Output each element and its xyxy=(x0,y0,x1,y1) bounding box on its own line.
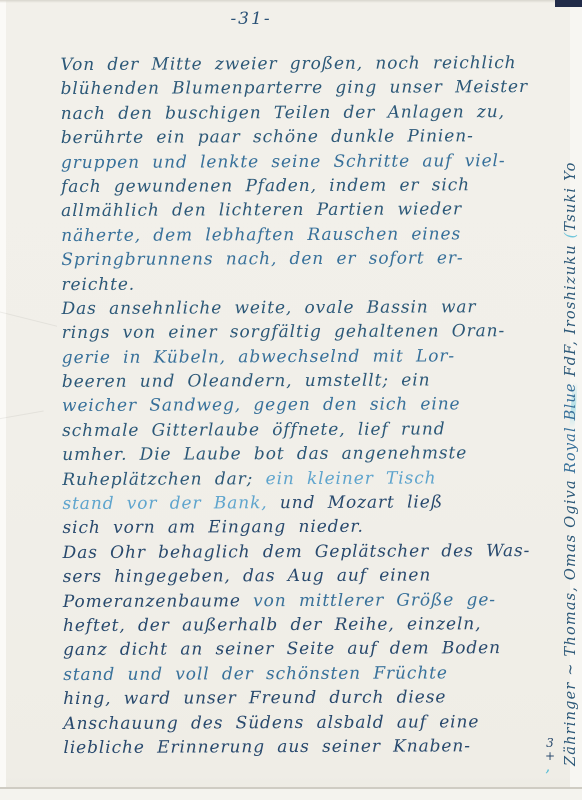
handwriting-segment: näherte, dem lebhaften Rauschen eines xyxy=(61,224,461,246)
footnote-mark-bottom: + xyxy=(545,750,555,763)
handwriting-segment: Das Ohr behaglich dem Geplätscher des Wa… xyxy=(63,541,531,563)
handwritten-line: Ruheplätzchen dar; ein kleiner Tisch xyxy=(62,466,540,492)
handwriting-segment: Springbrunnens nach, den er sofort er- xyxy=(61,248,463,270)
handwriting-segment: fach gewundenen Pfaden, indem er sich xyxy=(61,175,470,197)
handwritten-line: gruppen und lenkte seine Schritte auf vi… xyxy=(61,149,539,175)
handwritten-line: Das ansehnliche weite, ovale Bassin war xyxy=(62,295,540,321)
handwriting-segment: heftet, der außerhalb der Reihe, einzeln… xyxy=(63,614,482,636)
handwriting-segment: Das ansehnliche weite, ovale Bassin war xyxy=(62,297,477,319)
page-number: -31- xyxy=(206,9,296,29)
handwriting-segment: und Mozart ließ xyxy=(280,492,443,513)
handwriting-segment: sers hingegeben, das Aug auf einen xyxy=(63,566,432,588)
scan-corner-artifact xyxy=(555,0,582,7)
handwriting-segment: weicher Sandweg, gegen den sich eine xyxy=(62,395,461,417)
handwritten-line: Springbrunnens nach, den er sofort er- xyxy=(61,246,539,272)
handwritten-line: rings von einer sorgfältig gehaltenen Or… xyxy=(62,319,540,345)
handwriting-segment: von mittlerer Größe ge- xyxy=(253,590,496,611)
handwritten-line: Von der Mitte zweier großen, noch reichl… xyxy=(60,51,538,77)
margin-ink-note: Zähringer ~ Thomas, Omas Ogiva Royal Blu… xyxy=(563,66,579,766)
handwriting-segment: gerie in Kübeln, abwechselnd mit Lor- xyxy=(62,346,455,368)
handwriting-segment: stand und voll der schönsten Früchte xyxy=(63,663,448,685)
handwritten-line: heftet, der außerhalb der Reihe, einzeln… xyxy=(63,612,541,638)
paper-crease xyxy=(0,410,44,420)
handwritten-line: schmale Gitterlaube öffnete, lief rund xyxy=(62,417,540,443)
handwriting-segment: FdF, Iroshizuku xyxy=(563,238,579,382)
handwritten-line: fach gewundenen Pfaden, indem er sich xyxy=(61,173,539,199)
handwritten-line: Anschauung des Südens alsbald auf eine xyxy=(63,710,541,736)
scan-edge-left xyxy=(0,0,6,800)
handwritten-line: näherte, dem lebhaften Rauschen eines xyxy=(61,222,539,248)
handwriting-segment: ein kleiner Tisch xyxy=(266,468,437,489)
handwriting-segment: Anschauung des Südens alsbald auf eine xyxy=(63,712,479,734)
handwritten-text-block: Von der Mitte zweier großen, noch reichl… xyxy=(60,51,541,760)
handwriting-segment: beeren und Oleandern, umstellt; ein xyxy=(62,371,431,393)
handwritten-line: Das Ohr behaglich dem Geplätscher des Wa… xyxy=(63,539,541,565)
handwritten-line: umher. Die Laube bot das angenehmste xyxy=(62,441,540,467)
handwriting-segment: allmählich den lichteren Partien wieder xyxy=(61,200,462,222)
handwriting-segment: sich vorn am Eingang nieder. xyxy=(62,517,363,538)
handwriting-segment: stand vor der Bank, xyxy=(62,493,280,514)
handwriting-segment: Von der Mitte zweier großen, noch reichl… xyxy=(60,53,516,75)
handwriting-segment: nach den buschigen Teilen der Anlagen zu… xyxy=(61,102,505,124)
handwriting-segment: rings von einer sorgfältig gehaltenen Or… xyxy=(62,321,506,343)
handwritten-line: stand und voll der schönsten Früchte xyxy=(63,661,541,687)
handwriting-segment: Tsuki Yo xyxy=(563,161,579,231)
handwriting-segment: Royal Blue xyxy=(563,382,579,473)
handwritten-line: sich vorn am Eingang nieder. xyxy=(62,514,540,540)
handwritten-line: hing, ward unser Freund durch diese xyxy=(63,685,541,711)
footnote-mark: 3 + xyxy=(545,737,555,763)
handwritten-line: sers hingegeben, das Aug auf einen xyxy=(63,563,541,589)
handwriting-segment: blühenden Blumenparterre ging unser Meis… xyxy=(61,77,528,99)
handwriting-segment: hing, ward unser Freund durch diese xyxy=(63,688,446,710)
handwritten-line: blühenden Blumenparterre ging unser Meis… xyxy=(61,75,539,101)
handwritten-line: Pomeranzenbaume von mittlerer Größe ge- xyxy=(63,588,541,614)
handwritten-line: stand vor der Bank, und Mozart ließ xyxy=(62,490,540,516)
handwritten-line: liebliche Erinnerung aus seiner Knaben- xyxy=(63,734,541,760)
scan-edge-top xyxy=(0,0,582,3)
handwriting-segment: reichte. xyxy=(61,274,135,294)
handwriting-segment: berührte ein paar schöne dunkle Pinien- xyxy=(61,126,474,148)
handwritten-line: nach den buschigen Teilen der Anlagen zu… xyxy=(61,100,539,126)
handwriting-segment: Ruheplätzchen dar; xyxy=(62,469,265,490)
handwritten-line: berührte ein paar schöne dunkle Pinien- xyxy=(61,124,539,150)
handwriting-segment: liebliche Erinnerung aus seiner Knaben- xyxy=(63,736,470,758)
scan-bottom-strip xyxy=(0,789,582,800)
scanned-page: -31- Von der Mitte zweier großen, noch r… xyxy=(0,0,582,800)
handwriting-segment: Pomeranzenbaume xyxy=(63,591,253,612)
handwritten-line: allmählich den lichteren Partien wieder xyxy=(61,197,539,223)
handwriting-segment: umher. Die Laube bot das angenehmste xyxy=(62,444,467,466)
handwritten-line: beeren und Oleandern, umstellt; ein xyxy=(62,368,540,394)
handwritten-line: reichte. xyxy=(61,270,539,296)
ink-dot: ’ xyxy=(545,766,550,785)
handwriting-segment: ganz dicht an seiner Seite auf dem Boden xyxy=(63,639,501,661)
handwritten-line: ganz dicht an seiner Seite auf dem Boden xyxy=(63,636,541,662)
handwriting-segment: ( xyxy=(563,232,579,239)
handwriting-segment: gruppen und lenkte seine Schritte auf vi… xyxy=(61,151,506,173)
handwritten-line: gerie in Kübeln, abwechselnd mit Lor- xyxy=(62,344,540,370)
handwritten-line: weicher Sandweg, gegen den sich eine xyxy=(62,392,540,418)
paper-crease xyxy=(0,310,57,326)
handwriting-segment: schmale Gitterlaube öffnete, lief rund xyxy=(62,419,445,441)
handwriting-segment: Zähringer ~ Thomas, Omas Ogiva xyxy=(563,473,579,766)
